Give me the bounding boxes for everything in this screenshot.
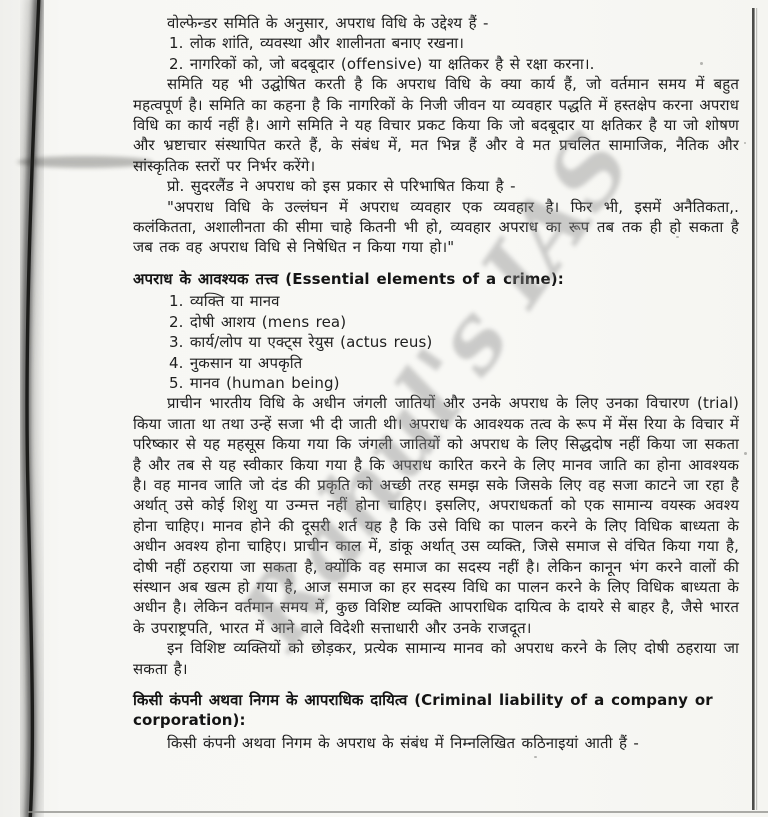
section-heading: किसी कंपनी अथवा निगम के आपराधिक दायित्व … [133, 690, 739, 731]
scan-edge-right [752, 8, 757, 810]
scan-speck [744, 452, 747, 455]
numbered-list: 1. लोक शांति, व्यवस्था और शालीनता बनाए र… [133, 33, 739, 74]
scan-speck [700, 62, 703, 65]
paragraph: किसी कंपनी अथवा निगम के अपराध के संबंध म… [133, 733, 739, 753]
scan-edge-bottom [28, 811, 768, 813]
paragraph: इन विशिष्ट व्यक्तियों को छोड़कर, प्रत्ये… [133, 638, 739, 679]
list-item: 1. व्यक्ति या मानव [133, 291, 739, 311]
scan-speck [676, 236, 679, 238]
list-item: 5. मानव (human being) [133, 373, 739, 393]
list-item: 4. नुकसान या अपकृति [133, 353, 739, 373]
paragraph: समिति यह भी उद्घोषित करती है कि अपराध वि… [133, 74, 739, 176]
section-heading: अपराध के आवश्यक तत्त्व (Essential elemen… [133, 269, 739, 289]
paragraph: प्रो. सुदरलैंड ने अपराध को इस प्रकार से … [133, 176, 739, 196]
list-item: 2. नागरिकों को, जो बदबूदार (offensive) य… [133, 54, 739, 74]
list-item: 2. दोषी आशय (mens rea) [133, 312, 739, 332]
list-item: 3. कार्य/लोप या एक्ट्स रेयुस (actus reus… [133, 332, 739, 352]
paragraph: "अपराध विधि के उल्लंघन में अपराध व्यवहार… [133, 197, 739, 258]
paragraph: प्राचीन भारतीय विधि के अधीन जंगली जातियो… [133, 393, 739, 638]
text-column: वोल्फेन्डर समिति के अनुसार, अपराध विधि क… [133, 13, 739, 753]
numbered-list: 1. व्यक्ति या मानव2. दोषी आशय (mens rea)… [133, 291, 739, 393]
list-item: 1. लोक शांति, व्यवस्था और शालीनता बनाए र… [133, 33, 739, 53]
scan-speck [744, 142, 746, 144]
scan-speck [534, 756, 537, 758]
paragraph: वोल्फेन्डर समिति के अनुसार, अपराध विधि क… [133, 13, 739, 33]
document-page: वोल्फेन्डर समिति के अनुसार, अपराध विधि क… [0, 0, 768, 817]
